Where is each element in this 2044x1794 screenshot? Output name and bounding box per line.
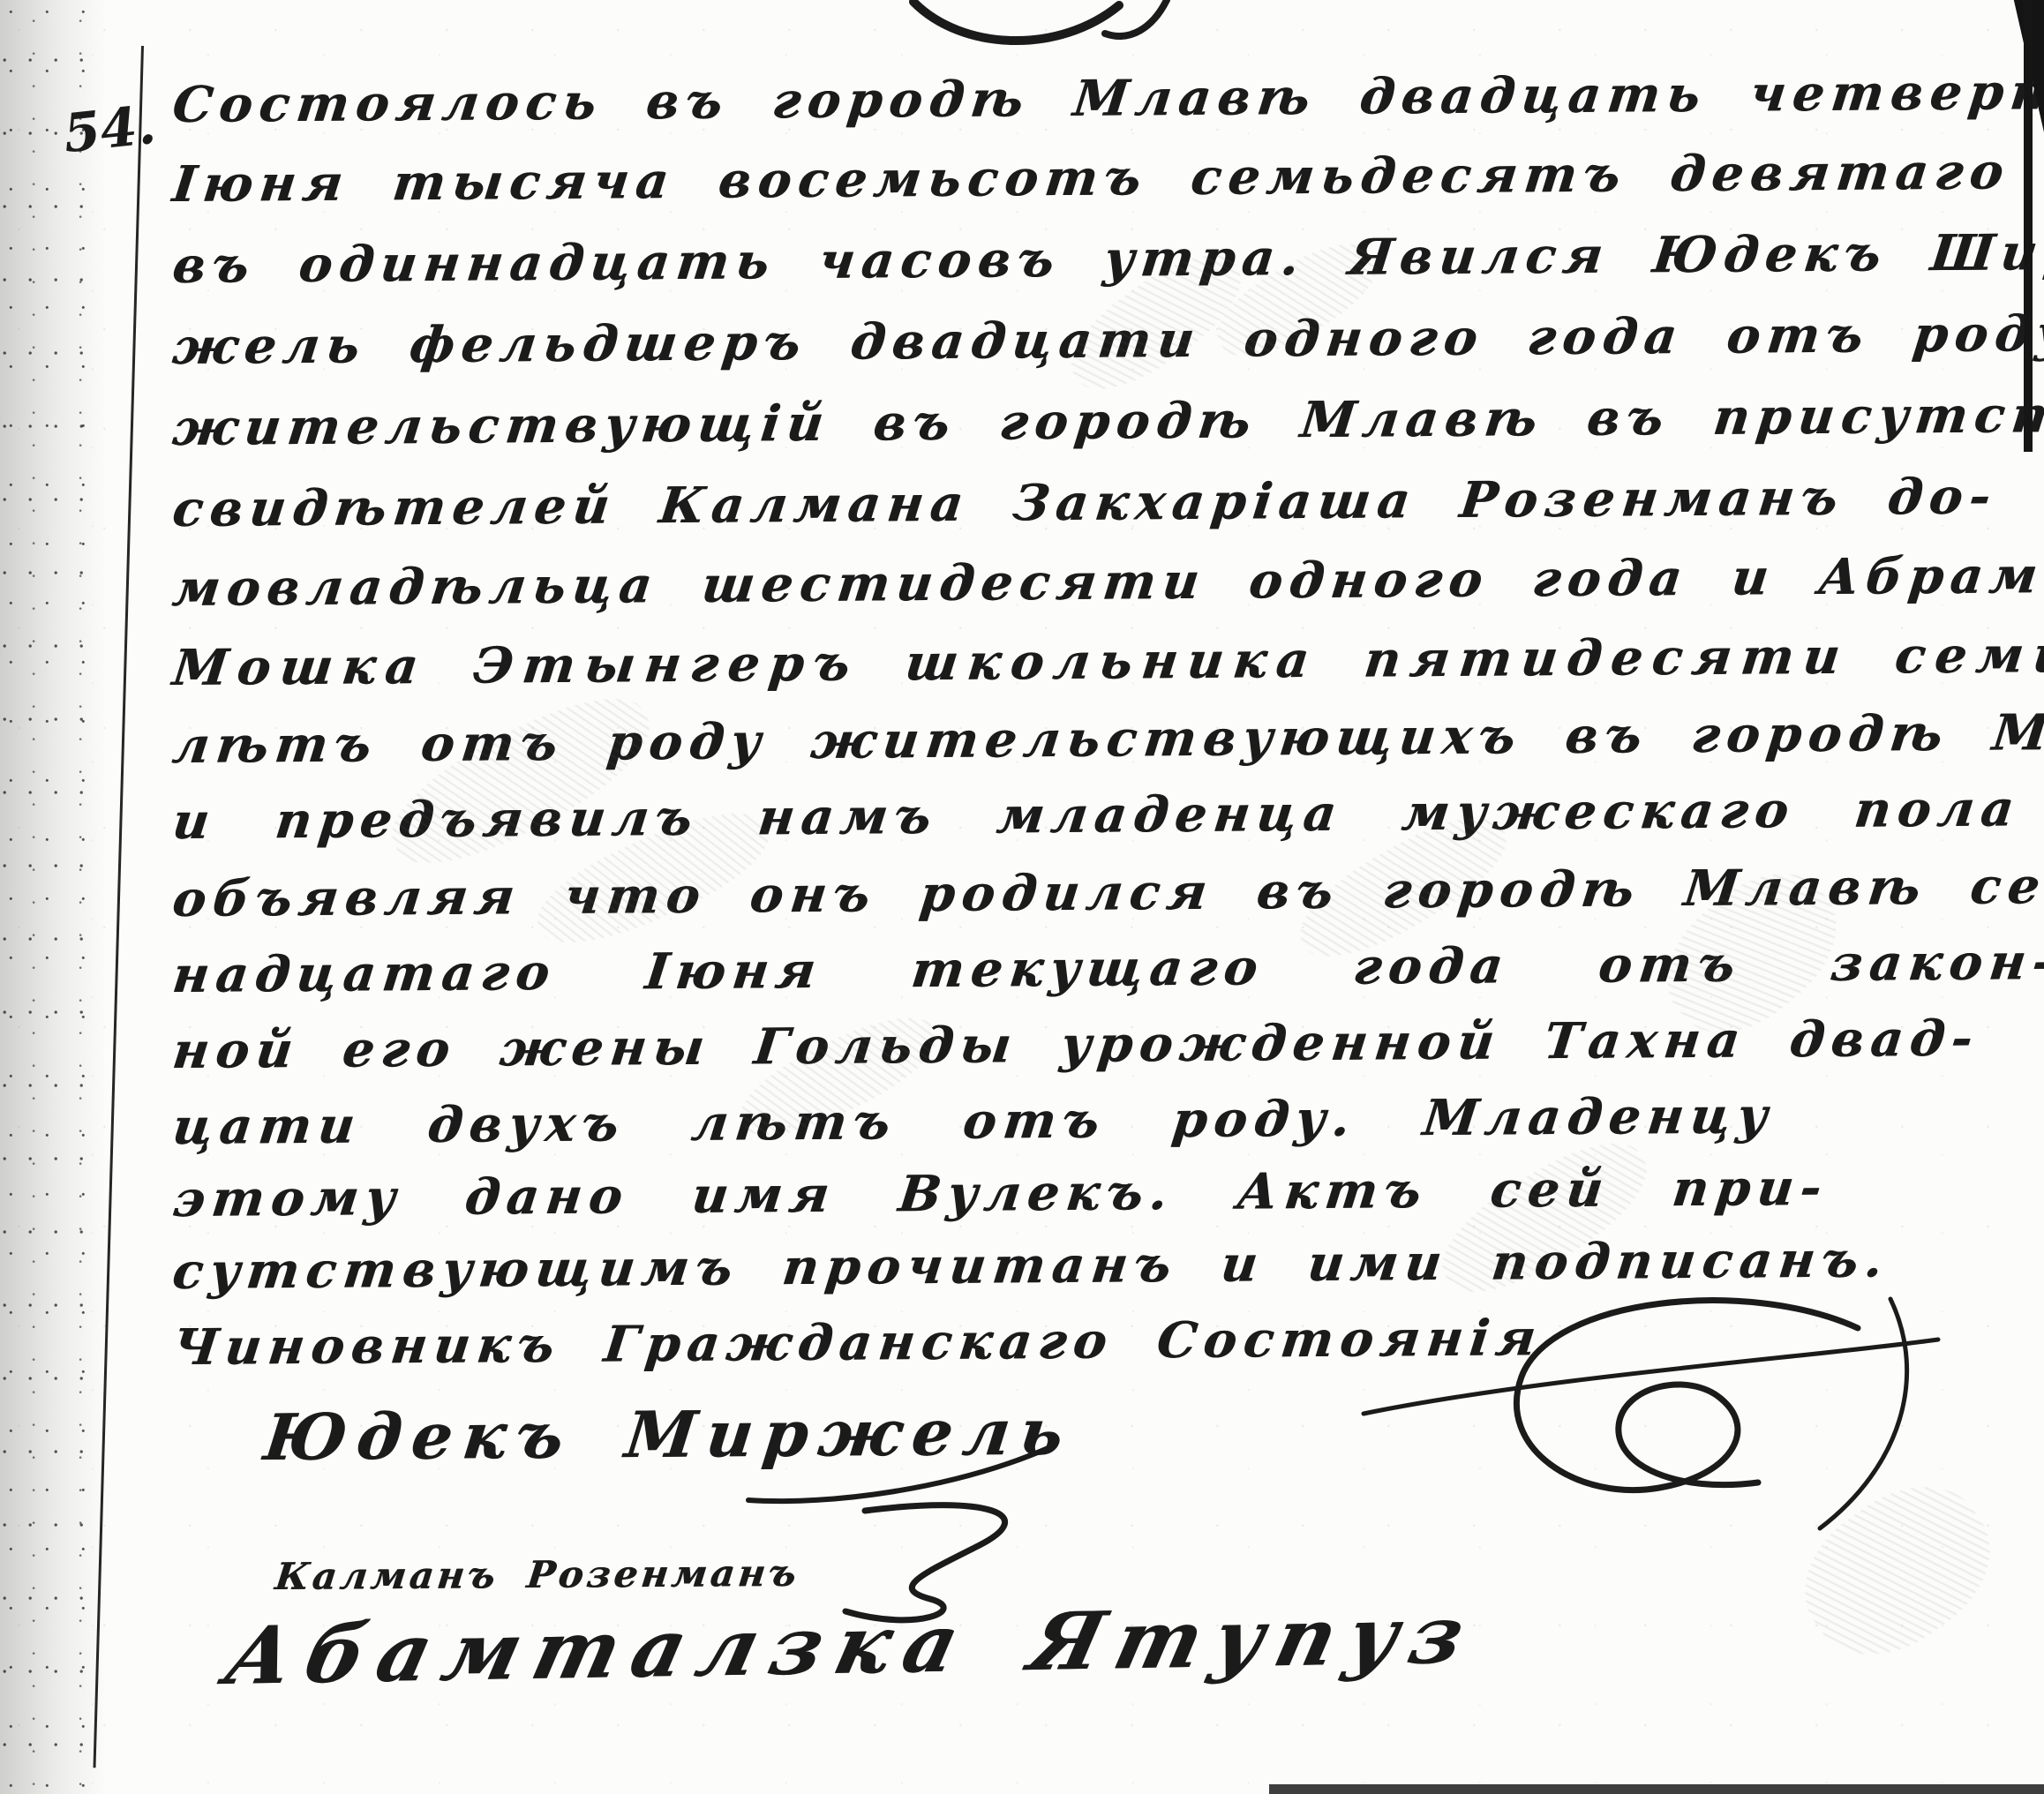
record-text-line: лѣтъ отъ роду жительствующихъ въ городѣ … (169, 702, 2044, 775)
scanned-document-page: 54. Состоялось въ городѣ Млавѣ двадцать … (0, 0, 2044, 1794)
record-text-line: мовладѣльца шестидесяти одного года и Аб… (169, 546, 2044, 618)
registrar-signature: Юдекъ Миржель (260, 1394, 1078, 1475)
record-text-line: сутствующимъ прочитанъ и ими подписанъ. (169, 1230, 1892, 1301)
record-text-line: въ одиннадцать часовъ утра. Явился Юдекъ… (169, 223, 2044, 295)
top-edge-stroke (913, 2, 1119, 41)
scan-edge-left (0, 0, 104, 1794)
entry-number: 54. (61, 94, 159, 166)
father-signature-scrawl: Абамталзка Ятупуз (217, 1588, 1487, 1703)
record-text-line: Мошка Этынгеръ школьника пятидесяти семи (169, 626, 2044, 697)
witness-signature: Калманъ Розенманъ (273, 1551, 801, 1598)
registrar-flourish (1516, 1301, 1858, 1490)
record-text-line: свидѣтелей Калмана Закхаріаша Розенманъ … (169, 468, 2000, 538)
record-text-line: Іюня тысяча восемьсотъ семьдесятъ девята… (169, 141, 2044, 214)
top-edge-stroke (1105, 0, 1167, 36)
scan-edge-bottom (1269, 1784, 2044, 1794)
scan-smudge (1777, 1457, 2018, 1684)
record-text-line: жительствующій въ городѣ Млавѣ въ присут… (169, 385, 2044, 457)
record-text-line: цати двухъ лѣтъ отъ роду. Младенцу (169, 1086, 1777, 1156)
scan-edge-right (2024, 0, 2033, 452)
registrar-title-line: Чиновникъ Гражданскаго Состоянія (169, 1309, 1545, 1377)
record-text-line: Состоялось въ городѣ Млавѣ двадцать четв… (169, 62, 2044, 134)
